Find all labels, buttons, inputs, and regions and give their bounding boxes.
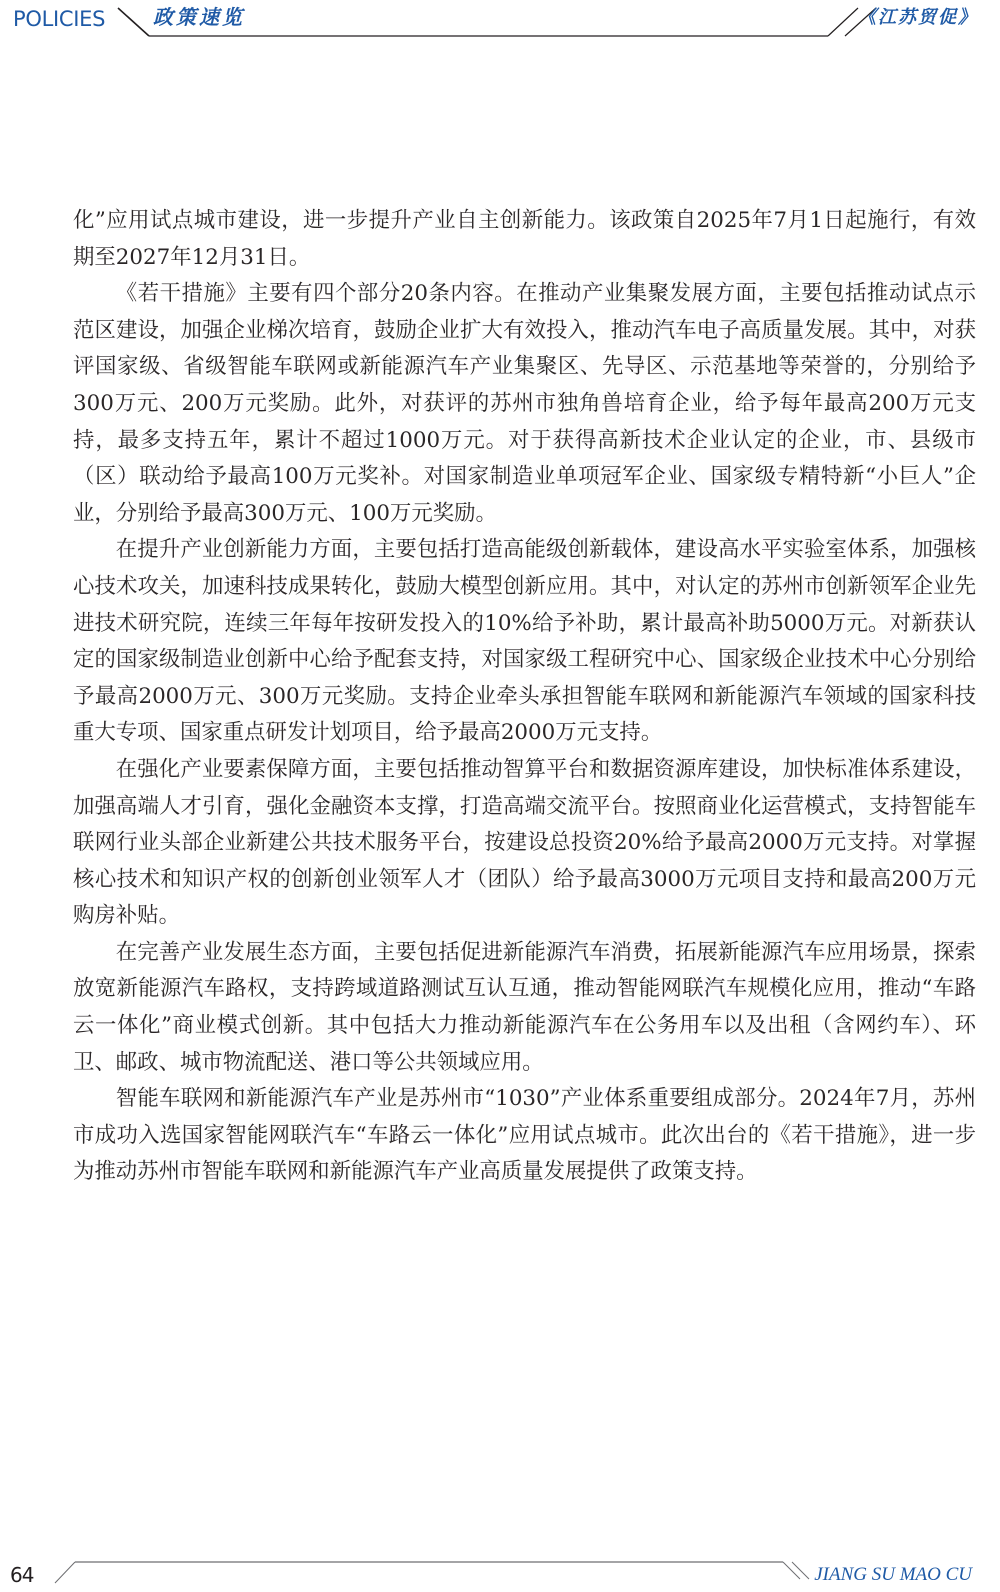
article-paragraph: 在提升产业创新能力方面，主要包括打造高能级创新载体，建设高水平实验室体系，加强核… xyxy=(73,532,976,752)
article-body: 化”应用试点城市建设，进一步提升产业自主创新能力。该政策自2025年7月1日起施… xyxy=(73,203,976,1191)
page-footer: 64 JIANG SU MAO CU xyxy=(0,1555,1000,1592)
page-header: POLICIES 政策速览 《江苏贸促》 xyxy=(0,0,1000,40)
magazine-title-cn: 《江苏贸促》 xyxy=(858,5,978,31)
article-paragraph: 《若干措施》主要有四个部分20条内容。在推动产业集聚发展方面，主要包括推动试点示… xyxy=(73,276,976,532)
article-paragraph: 智能车联网和新能源汽车产业是苏州市“1030”产业体系重要组成部分。2024年7… xyxy=(73,1081,976,1191)
section-label-cn: 政策速览 xyxy=(153,4,245,30)
section-label-en: POLICIES xyxy=(13,6,105,32)
header-rule-decoration xyxy=(0,0,1000,40)
article-paragraph: 在强化产业要素保障方面，主要包括推动智算平台和数据资源库建设，加快标准体系建设，… xyxy=(73,752,976,935)
page-number: 64 xyxy=(10,1563,33,1587)
article-paragraph: 在完善产业发展生态方面，主要包括促进新能源汽车消费，拓展新能源汽车应用场景，探索… xyxy=(73,935,976,1081)
article-paragraph: 化”应用试点城市建设，进一步提升产业自主创新能力。该政策自2025年7月1日起施… xyxy=(73,203,976,276)
magazine-title-en: JIANG SU MAO CU xyxy=(814,1563,972,1587)
